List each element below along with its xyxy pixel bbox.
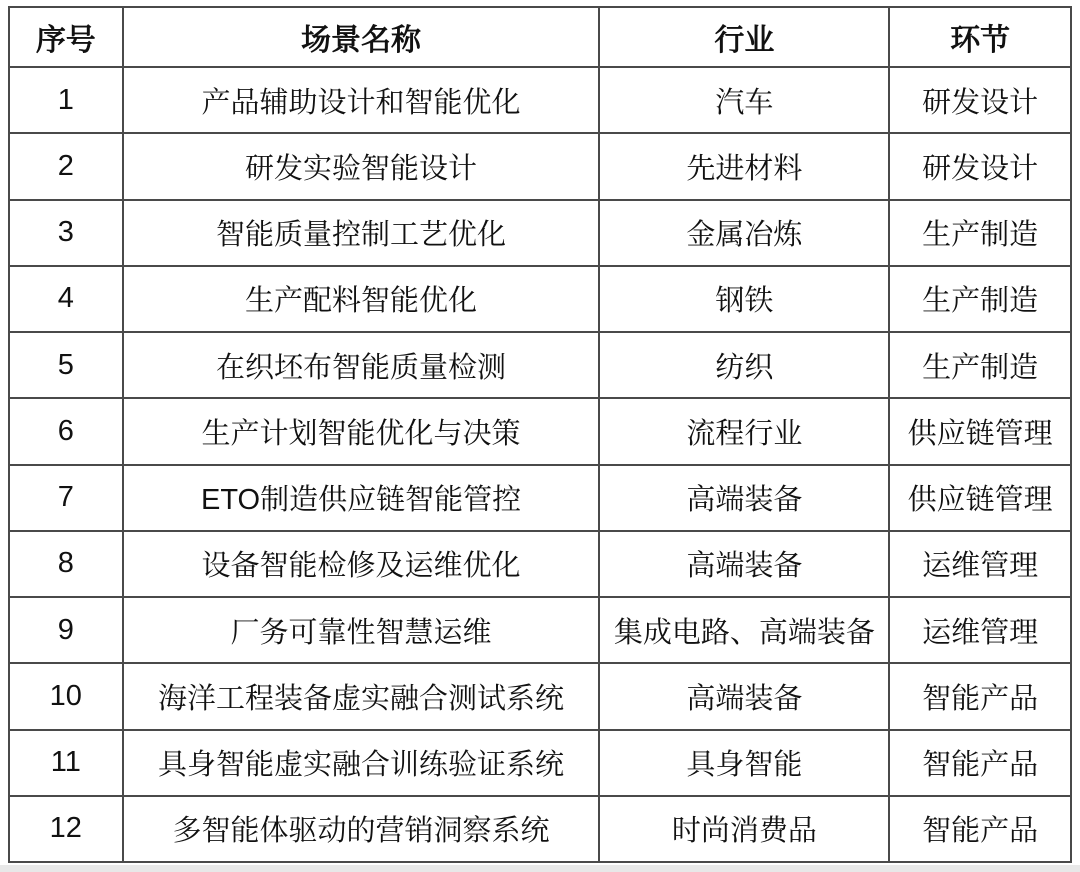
table-row: 3智能质量控制工艺优化金属冶炼生产制造 — [9, 200, 1071, 266]
table-row: 11具身智能虚实融合训练验证系统具身智能智能产品 — [9, 730, 1071, 796]
page: 序号场景名称行业环节 1产品辅助设计和智能优化汽车研发设计2研发实验智能设计先进… — [0, 0, 1080, 872]
table-cell-index: 10 — [9, 663, 123, 729]
table-cell-index: 8 — [9, 531, 123, 597]
table-header-row: 序号场景名称行业环节 — [9, 7, 1071, 67]
table-row: 7ETO制造供应链智能管控高端装备供应链管理 — [9, 465, 1071, 531]
table-body: 1产品辅助设计和智能优化汽车研发设计2研发实验智能设计先进材料研发设计3智能质量… — [9, 67, 1071, 862]
table-cell-scenario_name: 设备智能检修及运维优化 — [123, 531, 600, 597]
table-cell-index: 5 — [9, 332, 123, 398]
column-header-scenario_name: 场景名称 — [123, 7, 600, 67]
table-row: 5在织坯布智能质量检测纺织生产制造 — [9, 332, 1071, 398]
table-cell-stage: 智能产品 — [889, 730, 1071, 796]
table-cell-industry: 高端装备 — [599, 531, 889, 597]
table-row: 6生产计划智能优化与决策流程行业供应链管理 — [9, 398, 1071, 464]
table-cell-stage: 运维管理 — [889, 597, 1071, 663]
table-cell-index: 6 — [9, 398, 123, 464]
column-header-industry: 行业 — [599, 7, 889, 67]
table-row: 9厂务可靠性智慧运维集成电路、高端装备运维管理 — [9, 597, 1071, 663]
table-cell-industry: 集成电路、高端装备 — [599, 597, 889, 663]
table-cell-scenario_name: 厂务可靠性智慧运维 — [123, 597, 600, 663]
table-row: 12多智能体驱动的营销洞察系统时尚消费品智能产品 — [9, 796, 1071, 862]
table-cell-scenario_name: 多智能体驱动的营销洞察系统 — [123, 796, 600, 862]
table-cell-stage: 生产制造 — [889, 332, 1071, 398]
table-row: 8设备智能检修及运维优化高端装备运维管理 — [9, 531, 1071, 597]
column-header-stage: 环节 — [889, 7, 1071, 67]
table-cell-scenario_name: 生产计划智能优化与决策 — [123, 398, 600, 464]
table-cell-scenario_name: 海洋工程装备虚实融合测试系统 — [123, 663, 600, 729]
table-cell-industry: 纺织 — [599, 332, 889, 398]
table-cell-industry: 流程行业 — [599, 398, 889, 464]
table-cell-stage: 供应链管理 — [889, 465, 1071, 531]
table-cell-scenario_name: 智能质量控制工艺优化 — [123, 200, 600, 266]
table-cell-stage: 研发设计 — [889, 67, 1071, 133]
table-cell-index: 9 — [9, 597, 123, 663]
table-cell-industry: 金属冶炼 — [599, 200, 889, 266]
page-bottom-edge — [0, 865, 1080, 872]
table-cell-scenario_name: 生产配料智能优化 — [123, 266, 600, 332]
table-cell-stage: 生产制造 — [889, 200, 1071, 266]
table-cell-scenario_name: 在织坯布智能质量检测 — [123, 332, 600, 398]
table-cell-index: 12 — [9, 796, 123, 862]
table-cell-scenario_name: 产品辅助设计和智能优化 — [123, 67, 600, 133]
table-cell-index: 11 — [9, 730, 123, 796]
table-cell-industry: 汽车 — [599, 67, 889, 133]
table-cell-stage: 生产制造 — [889, 266, 1071, 332]
table-row: 4生产配料智能优化钢铁生产制造 — [9, 266, 1071, 332]
table-cell-scenario_name: 具身智能虚实融合训练验证系统 — [123, 730, 600, 796]
table-cell-index: 2 — [9, 133, 123, 199]
table-cell-index: 3 — [9, 200, 123, 266]
table-cell-index: 4 — [9, 266, 123, 332]
table-cell-index: 1 — [9, 67, 123, 133]
table-cell-industry: 时尚消费品 — [599, 796, 889, 862]
table-cell-industry: 先进材料 — [599, 133, 889, 199]
table-cell-stage: 智能产品 — [889, 796, 1071, 862]
table-row: 10海洋工程装备虚实融合测试系统高端装备智能产品 — [9, 663, 1071, 729]
table-cell-stage: 智能产品 — [889, 663, 1071, 729]
table-cell-scenario_name: ETO制造供应链智能管控 — [123, 465, 600, 531]
table-cell-stage: 研发设计 — [889, 133, 1071, 199]
table-row: 1产品辅助设计和智能优化汽车研发设计 — [9, 67, 1071, 133]
table-cell-stage: 供应链管理 — [889, 398, 1071, 464]
table-cell-industry: 高端装备 — [599, 465, 889, 531]
table-row: 2研发实验智能设计先进材料研发设计 — [9, 133, 1071, 199]
table-cell-industry: 高端装备 — [599, 663, 889, 729]
scenario-table: 序号场景名称行业环节 1产品辅助设计和智能优化汽车研发设计2研发实验智能设计先进… — [8, 6, 1072, 863]
table-cell-stage: 运维管理 — [889, 531, 1071, 597]
table-cell-index: 7 — [9, 465, 123, 531]
table-cell-industry: 具身智能 — [599, 730, 889, 796]
column-header-index: 序号 — [9, 7, 123, 67]
table-cell-scenario_name: 研发实验智能设计 — [123, 133, 600, 199]
table-cell-industry: 钢铁 — [599, 266, 889, 332]
